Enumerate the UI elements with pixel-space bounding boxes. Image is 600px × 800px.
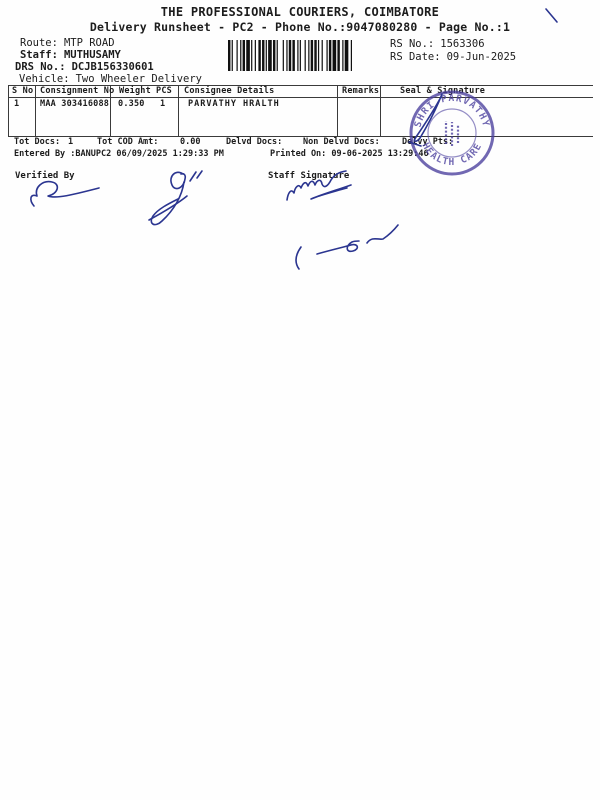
handwritten-ink-layer — [0, 0, 600, 800]
seal-check-mark — [409, 94, 442, 146]
delivery-runsheet-document: THE PROFESSIONAL COURIERS, COIMBATORE De… — [0, 0, 600, 800]
delivery-scribble-signature — [296, 225, 398, 269]
top-right-pen-stroke — [546, 9, 557, 22]
middle-signature — [149, 171, 202, 225]
staff-signature — [287, 171, 351, 200]
verified-by-signature — [31, 182, 99, 206]
